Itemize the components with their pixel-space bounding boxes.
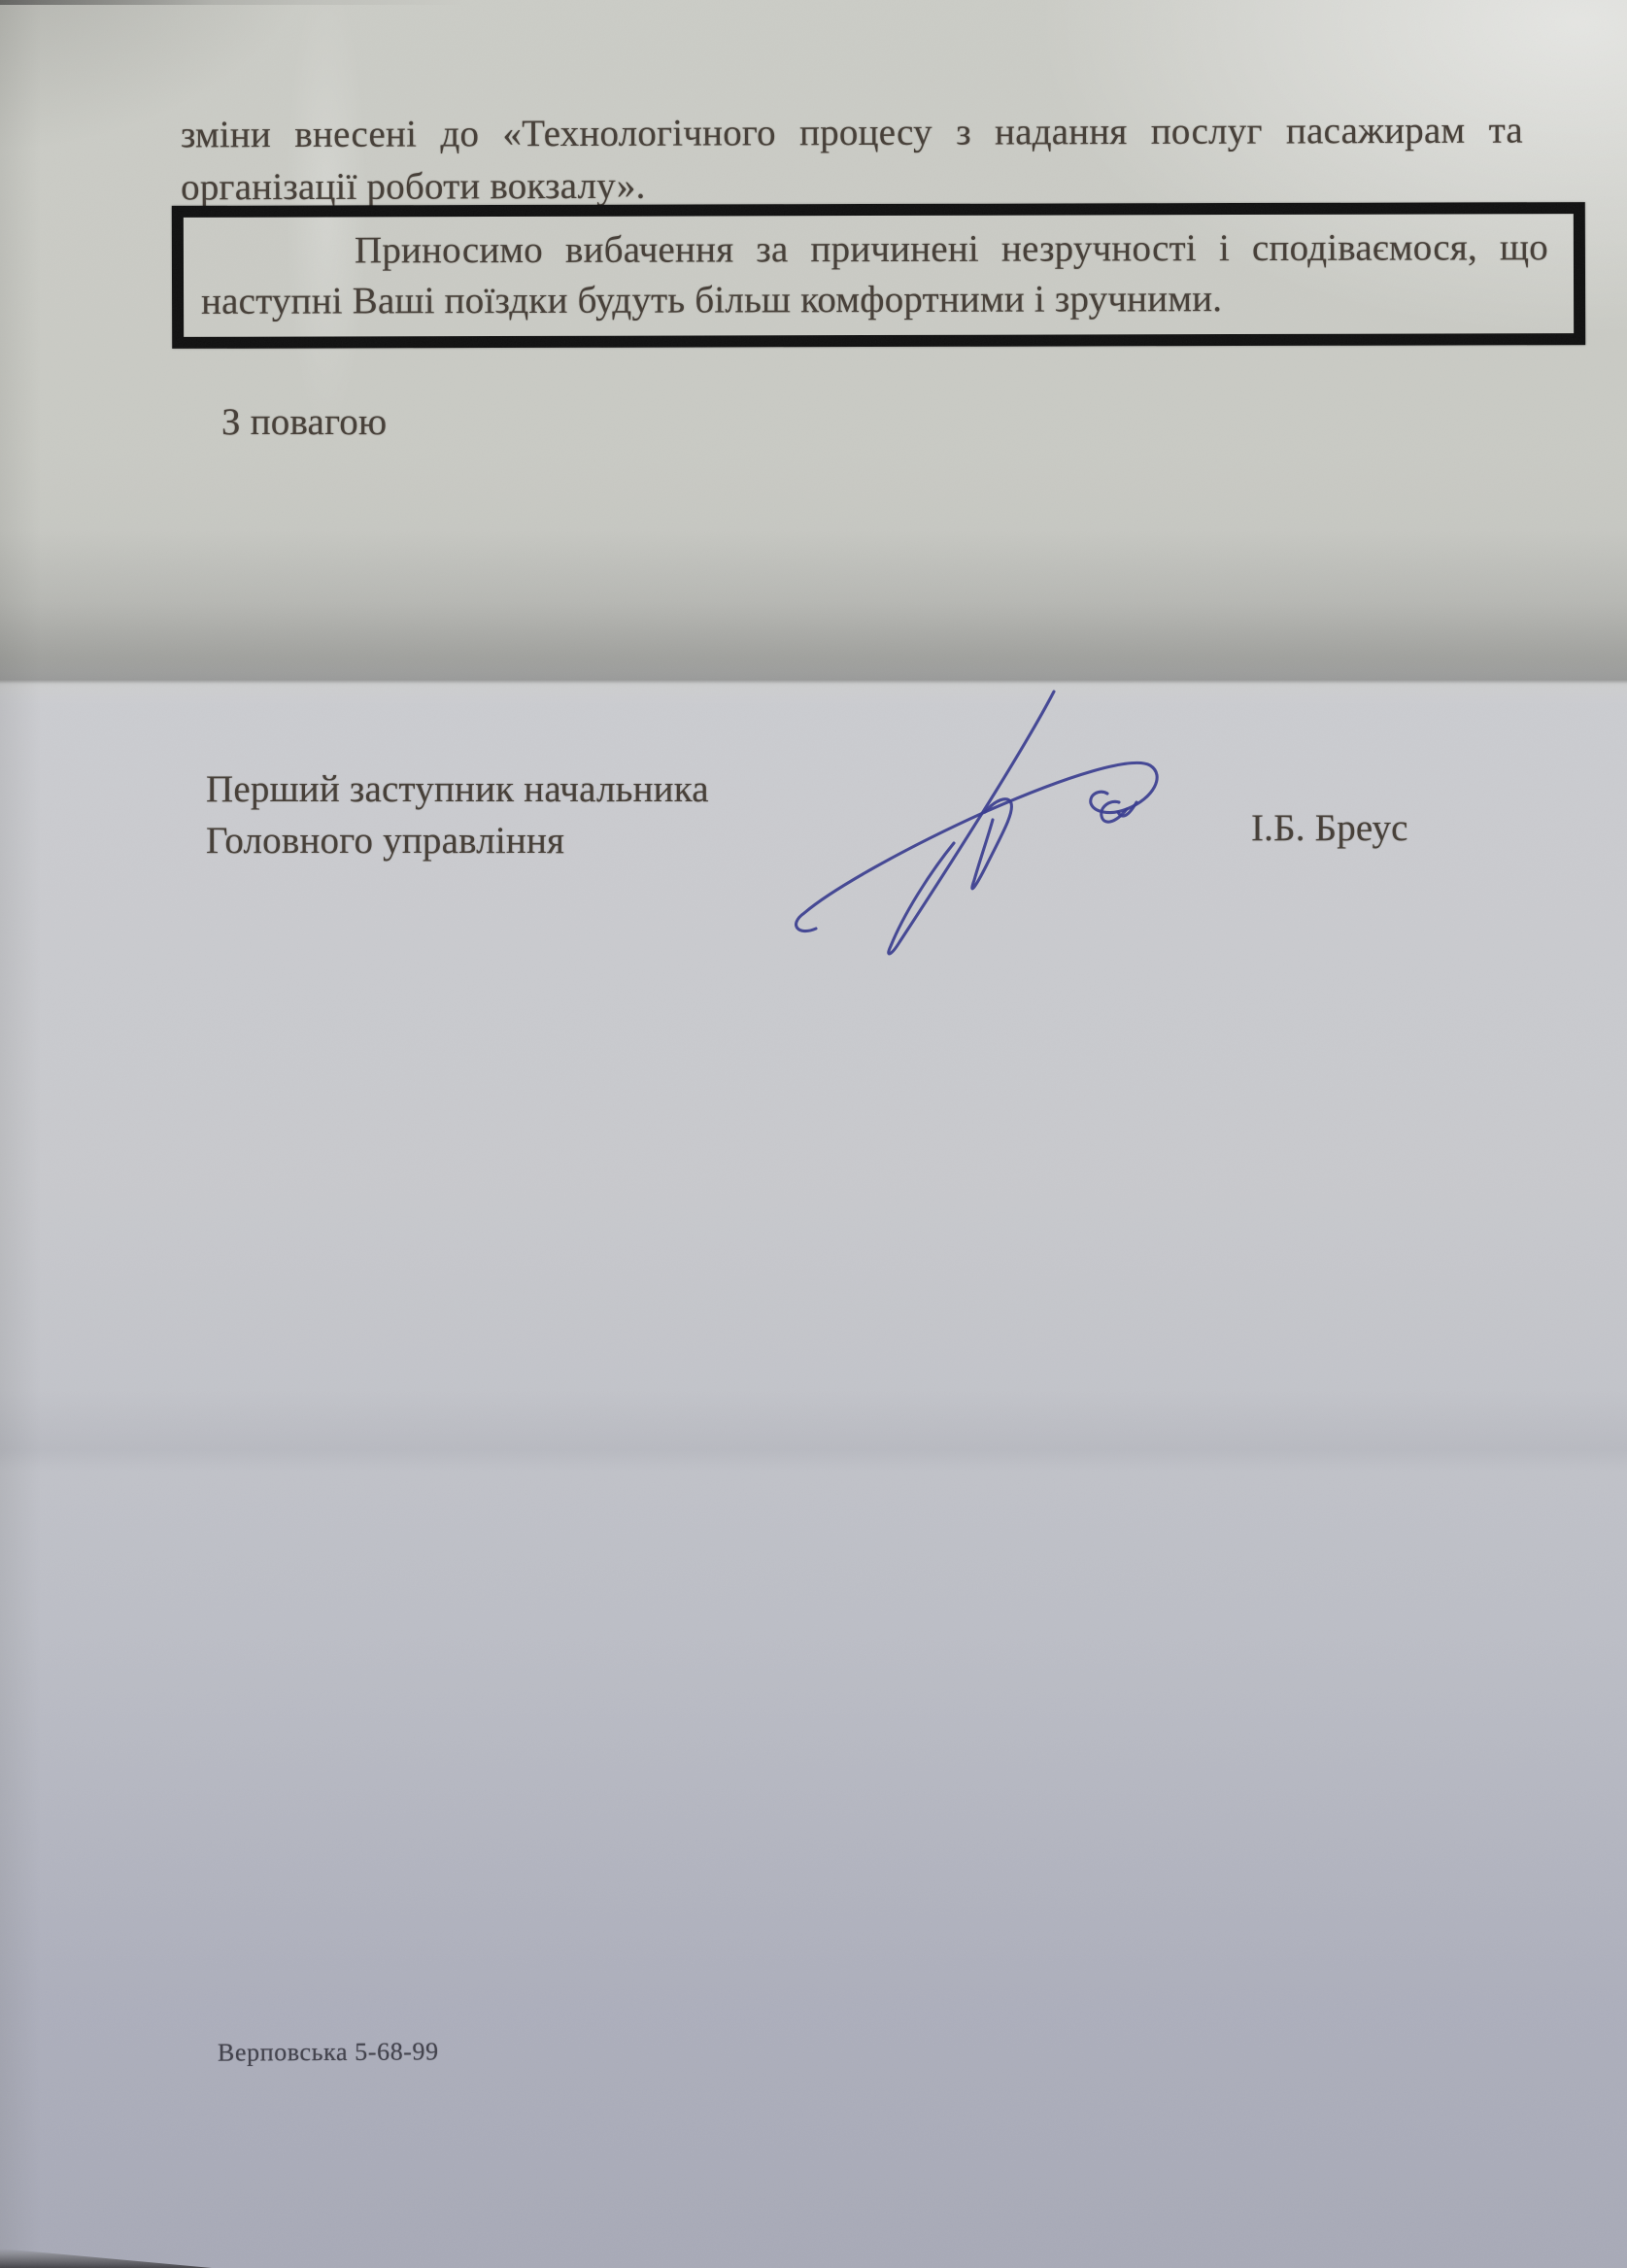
signer-name: І.Б. Бреус bbox=[1251, 804, 1408, 853]
closing-salutation: З повагою bbox=[221, 398, 387, 447]
highlight-marker-box: Приносимо вибачення за причинені незручн… bbox=[172, 202, 1585, 349]
paper-top-edge-shadow bbox=[0, 0, 1627, 5]
paper-bottom-left-corner bbox=[0, 2249, 212, 2268]
paragraph-top: зміни внесені до «Технологічного процесу… bbox=[181, 107, 1523, 213]
signer-title-line2: Головного управління bbox=[206, 817, 564, 865]
signer-title-line1: Перший заступник начальника bbox=[206, 765, 709, 814]
letter-photo: зміни внесені до «Технологічного процесу… bbox=[0, 0, 1627, 2268]
boxed-paragraph-line2: наступні Ваші поїздки будуть більш комфо… bbox=[201, 275, 1222, 326]
paragraph-top-line1: зміни внесені до «Технологічного процесу… bbox=[181, 107, 1523, 160]
boxed-paragraph-line1: Приносимо вибачення за причинені незручн… bbox=[201, 223, 1548, 276]
footer-reference-note: Верповська 5-68-99 bbox=[218, 2037, 439, 2067]
handwritten-signature bbox=[748, 670, 1185, 981]
